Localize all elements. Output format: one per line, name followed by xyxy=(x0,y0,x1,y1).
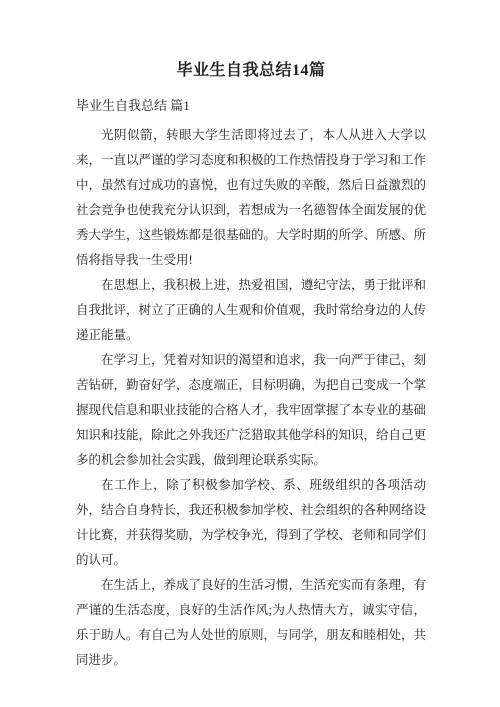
document-body: 光阴似箭，转眼大学生活即将过去了，本人从进入大学以来，一直以严谨的学习态度和积极… xyxy=(76,123,426,673)
document-title: 毕业生自我总结14篇 xyxy=(76,60,426,82)
body-paragraph: 光阴似箭，转眼大学生活即将过去了，本人从进入大学以来，一直以严谨的学习态度和积极… xyxy=(76,123,426,273)
body-paragraph: 在学习上，凭着对知识的渴望和追求，我一向严于律己，刻苦钻研，勤奋好学，态度端正，… xyxy=(76,348,426,473)
body-paragraph: 在工作上，除了积极参加学校、系、班级组织的各项活动外，结合自身特长，我还积极参加… xyxy=(76,473,426,573)
body-paragraph: 在思想上，我积极上进，热爱祖国，遵纪守法，勇于批评和自我批评，树立了正确的人生观… xyxy=(76,273,426,348)
section-heading: 毕业生自我总结 篇1 xyxy=(76,96,426,116)
document-page: 毕业生自我总结14篇 毕业生自我总结 篇1 光阴似箭，转眼大学生活即将过去了，本… xyxy=(0,0,500,707)
body-paragraph: 在生活上，养成了良好的生活习惯，生活充实而有条理，有严谨的生活态度，良好的生活作… xyxy=(76,573,426,673)
